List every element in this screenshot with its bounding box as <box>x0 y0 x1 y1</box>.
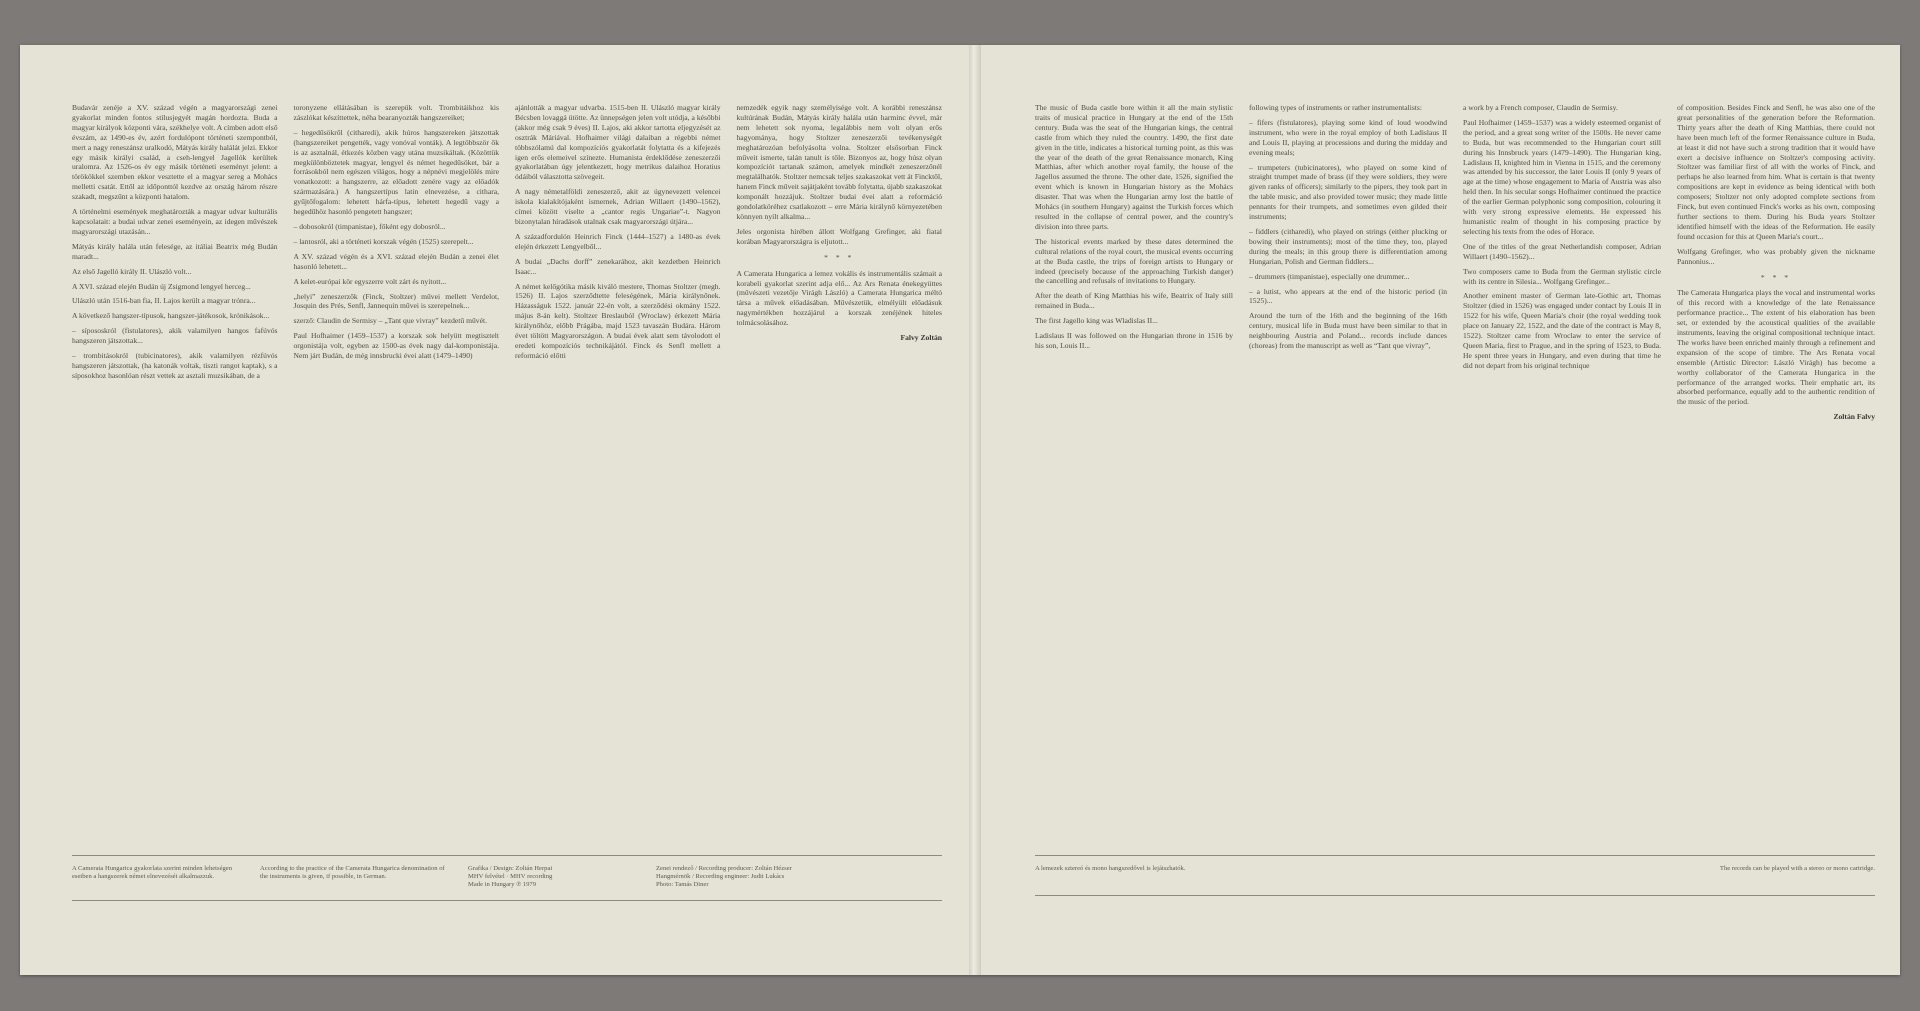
section-separator: * * * <box>737 253 943 263</box>
paragraph: A történelmi események meghatározták a m… <box>72 207 278 237</box>
paragraph: A XV. század végén és a XVI. század elej… <box>294 252 500 272</box>
paragraph: A századfordulón Heinrich Finck (1444–15… <box>515 232 721 252</box>
paragraph: – trumpeters (tubicinatores), who played… <box>1249 163 1447 222</box>
paragraph: After the death of King Matthias his wif… <box>1035 291 1233 311</box>
playback-note-hu: A lemezek sztereó és mono hangszedővel i… <box>1035 865 1186 873</box>
right-footer: A lemezek sztereó és mono hangszedővel i… <box>1035 865 1875 873</box>
design-credits: Grafika / Design: Zoltán Herpai MHV felv… <box>468 865 638 889</box>
paragraph: One of the titles of the great Netherlan… <box>1463 242 1661 262</box>
paragraph: a work by a French composer, Claudin de … <box>1463 103 1661 113</box>
paragraph: – fifers (fistulatores), playing some ki… <box>1249 118 1447 158</box>
paragraph: of composition. Besides Finck and Senfl,… <box>1677 103 1875 242</box>
footer-note-en: According to the practice of the Camerat… <box>260 865 450 889</box>
footer-rule-bottom <box>72 900 942 901</box>
section-separator: * * * <box>1677 273 1875 283</box>
paragraph: following types of instruments or rather… <box>1249 103 1447 113</box>
paragraph: A kelet-európai kör egyszerre volt zárt … <box>294 277 500 287</box>
paragraph: – sípososkról (fistulatores), akik valam… <box>72 326 278 346</box>
paragraph: – trombitásokról (tubicinatores), akik v… <box>72 351 278 381</box>
paragraph: szerző: Claudin de Sermisy – „Tant que v… <box>294 316 500 326</box>
footer-rule-top <box>1035 855 1875 856</box>
left-footer: A Camerata Hungarica gyakorlata szerint … <box>72 865 942 889</box>
paragraph: The historical events marked by these da… <box>1035 237 1233 287</box>
paragraph: – lantosról, aki a történeti korszak vég… <box>294 237 500 247</box>
paragraph: The Camerata Hungarica plays the vocal a… <box>1677 288 1875 407</box>
right-page-english: The music of Buda castle bore within it … <box>981 45 1900 975</box>
right-column-4: of composition. Besides Finck and Senfl,… <box>1677 103 1875 427</box>
paragraph: Budavár zenéje a XV. század végén a magy… <box>72 103 278 202</box>
paragraph: – dobosokról (timpanistae), főként egy d… <box>294 222 500 232</box>
paragraph: A következő hangszer-típusok, hangszer-j… <box>72 311 278 321</box>
left-column-3: ajánlották a magyar udvarba. 1515-ben II… <box>515 103 721 386</box>
paragraph: ajánlották a magyar udvarba. 1515-ben II… <box>515 103 721 182</box>
right-column-2: following types of instruments or rather… <box>1249 103 1447 427</box>
author-signature: Falvy Zoltán <box>737 333 943 343</box>
paragraph: Paul Hofhaimer (1459–1537) was a widely … <box>1463 118 1661 237</box>
right-column-3: a work by a French composer, Claudin de … <box>1463 103 1661 427</box>
playback-note-en: The records can be played with a stereo … <box>1720 865 1875 873</box>
gatefold-spine <box>969 45 981 975</box>
paragraph: Around the turn of the 16th and the begi… <box>1249 311 1447 351</box>
paragraph: Jeles orgonista hírében állott Wolfgang … <box>737 227 943 247</box>
left-page-hungarian: Budavár zenéje a XV. század végén a magy… <box>20 45 969 975</box>
right-text-columns: The music of Buda castle bore within it … <box>1035 103 1875 427</box>
liner-notes-sheet: Budavár zenéje a XV. század végén a magy… <box>20 45 1900 975</box>
paragraph: Paul Hofhaimer (1459–1537) a korszak sok… <box>294 331 500 361</box>
author-signature: Zoltán Falvy <box>1677 412 1875 422</box>
paragraph: A XVI. század elején Budán új Zsigmond l… <box>72 282 278 292</box>
paragraph: – fiddlers (citharedi), who played on st… <box>1249 227 1447 267</box>
paragraph: A budai „Dachs dorff” zenekarához, akit … <box>515 257 721 277</box>
paragraph: nemzedék egyik nagy személyisége volt. A… <box>737 103 943 222</box>
paragraph: The music of Buda castle bore within it … <box>1035 103 1233 232</box>
paragraph: – a lutist, who appears at the end of th… <box>1249 287 1447 307</box>
paragraph: „helyi” zeneszerzők (Finck, Stoltzer) mű… <box>294 292 500 312</box>
paragraph: A nagy németalföldi zeneszerző, akit az … <box>515 187 721 227</box>
paragraph: – hegedűsökről (citharedi), akik húros h… <box>294 128 500 217</box>
paragraph: toronyzene ellátásában is szerepük volt.… <box>294 103 500 123</box>
left-column-1: Budavár zenéje a XV. század végén a magy… <box>72 103 278 386</box>
paragraph: – drummers (timpanistae), especially one… <box>1249 272 1447 282</box>
paragraph: Mátyás király halála után felesége, az i… <box>72 242 278 262</box>
paragraph: Two composers came to Buda from the Germ… <box>1463 267 1661 287</box>
right-column-1: The music of Buda castle bore within it … <box>1035 103 1233 427</box>
paragraph: Ulászló után 1516-ban fia, II. Lajos ker… <box>72 296 278 306</box>
paragraph: The first Jagello king was Wladislas II.… <box>1035 316 1233 326</box>
paragraph: Az első Jagelló király II. Ulászló volt.… <box>72 267 278 277</box>
footer-rule-top <box>72 855 942 856</box>
paragraph: A német kelőgótika másik kiváló mestere,… <box>515 282 721 361</box>
footer-rule-bottom <box>1035 895 1875 896</box>
recording-credits: Zenei rendező / Recording producer: Zolt… <box>656 865 846 889</box>
left-column-2: toronyzene ellátásában is szerepük volt.… <box>294 103 500 386</box>
paragraph: Wolfgang Grefinger, who was probably giv… <box>1677 247 1875 267</box>
left-column-4: nemzedék egyik nagy személyisége volt. A… <box>737 103 943 386</box>
footer-note-hu: A Camerata Hungarica gyakorlata szerint … <box>72 865 242 889</box>
paragraph: Another eminent master of German late-Go… <box>1463 291 1661 370</box>
paragraph: Ladislaus II was followed on the Hungari… <box>1035 331 1233 351</box>
paragraph: A Camerata Hungarica a lemez vokális és … <box>737 269 943 328</box>
left-text-columns: Budavár zenéje a XV. század végén a magy… <box>72 103 942 386</box>
